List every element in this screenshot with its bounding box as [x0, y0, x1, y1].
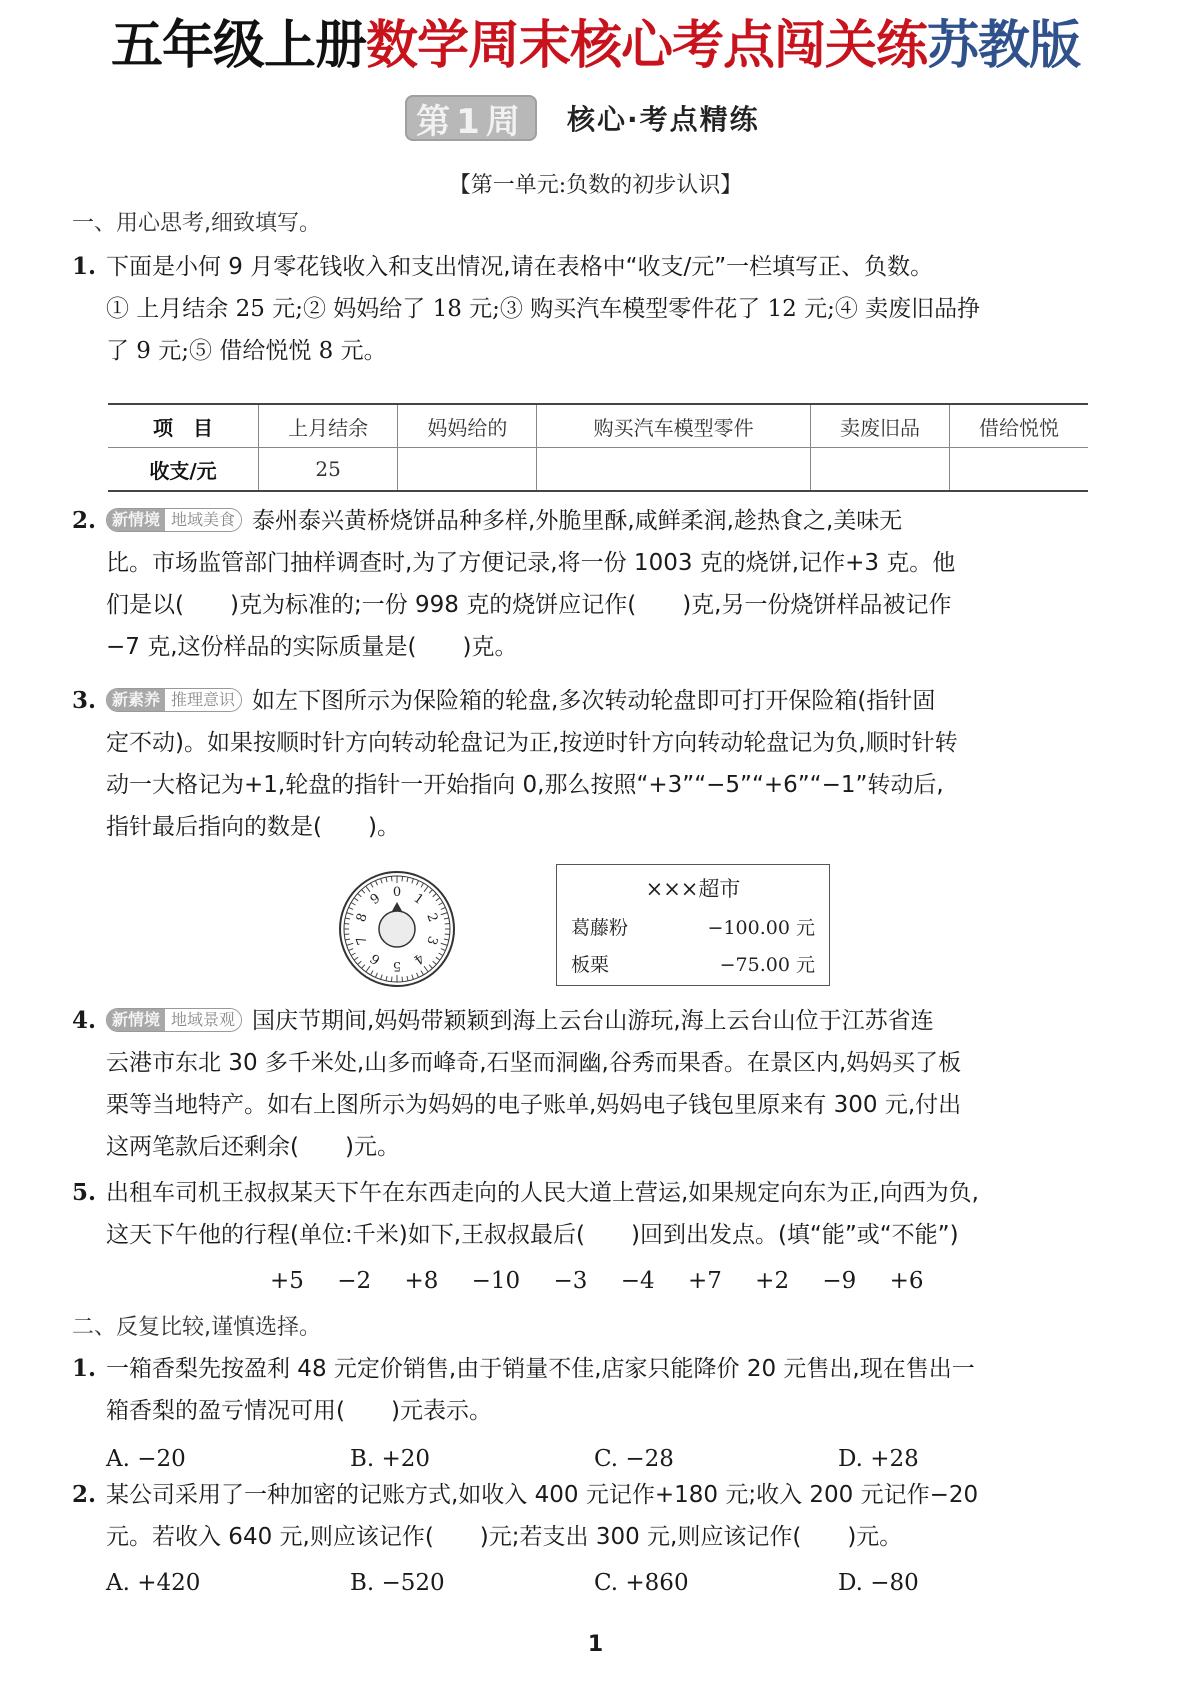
svg-text:5: 5 [393, 958, 401, 973]
question-number: 5. [72, 1172, 96, 1214]
question-text: 某公司采用了一种加密的记账方式,如收入 400 元记作+180 元;收入 200… [106, 1474, 1112, 1516]
page-banner: 五年级上册数学周末核心考点闯关练苏教版 [0, 14, 1191, 78]
tag-topic: 地域美食 [165, 509, 241, 531]
distance-value: +8 [404, 1268, 438, 1294]
question-number: 1. [72, 246, 96, 288]
question-1-3: 3. 新素养推理意识如左下图所示为保险箱的轮盘,多次转动轮盘即可打开保险箱(指针… [72, 680, 1112, 848]
question-text: 云港市东北 30 多千米处,山多而峰奇,石坚而洞幽,谷秀而果香。在景区内,妈妈买… [106, 1042, 1112, 1084]
answer-cell[interactable] [537, 448, 810, 492]
table-header-row: 项 目 上月结余 妈妈给的 购买汽车模型零件 卖废旧品 借给悦悦 [108, 404, 1088, 448]
safe-dial-icon: 0 1 2 3 4 5 6 7 8 9 [338, 870, 456, 988]
ledger-table: 项 目 上月结余 妈妈给的 购买汽车模型零件 卖废旧品 借给悦悦 收支/元 25 [108, 403, 1088, 492]
table-header: 妈妈给的 [398, 404, 537, 448]
question-text: 栗等当地特产。如右上图所示为妈妈的电子账单,妈妈电子钱包里原来有 300 元,付… [106, 1084, 1112, 1126]
banner-grade: 五年级上册 [111, 16, 366, 76]
question-text: 定不动)。如果按顺时针方向转动轮盘记为正,按逆时针方向转动轮盘记为负,顺时针转 [106, 722, 1112, 764]
option-b[interactable]: B. −520 [350, 1562, 594, 1604]
question-2-2: 2. 某公司采用了一种加密的记账方式,如收入 400 元记作+180 元;收入 … [72, 1474, 1112, 1604]
question-1-4: 4. 新情境地域景观国庆节期间,妈妈带颖颖到海上云台山游玩,海上云台山位于江苏省… [72, 1000, 1112, 1168]
distance-value: +5 [270, 1268, 304, 1294]
distance-value: −4 [621, 1268, 655, 1294]
table-cell: 25 [259, 448, 398, 492]
question-2-1: 1. 一箱香梨先按盈利 48 元定价销售,由于销量不佳,店家只能降价 20 元售… [72, 1348, 1112, 1480]
section-2-title: 二、反复比较,谨慎选择。 [72, 1310, 321, 1341]
question-tag: 新情境地域景观 [106, 1008, 242, 1032]
banner-title: 数学周末核心考点闯关练 [366, 16, 927, 76]
unit-title: 【第一单元:负数的初步认识】 [0, 168, 1191, 199]
question-text: 这天下午他的行程(单位:千米)如下,王叔叔最后( )回到出发点。(填“能”或“不… [106, 1214, 1112, 1256]
question-tag: 新素养推理意识 [106, 688, 242, 712]
week-badge: 第1周 [405, 95, 537, 141]
week-title: 核心·考点精练 [567, 98, 760, 138]
distance-value: +7 [688, 1268, 722, 1294]
option-c[interactable]: C. +860 [594, 1562, 838, 1604]
question-text: 箱香梨的盈亏情况可用( )元表示。 [106, 1390, 1112, 1432]
tag-type: 新情境 [107, 1009, 165, 1031]
option-d[interactable]: D. −80 [838, 1562, 1082, 1604]
receipt-item-amount: −75.00 元 [720, 950, 815, 977]
question-number: 4. [72, 1000, 96, 1042]
question-text: 下面是小何 9 月零花钱收入和支出情况,请在表格中“收支/元”一栏填写正、负数。 [106, 246, 1112, 288]
distance-value: −9 [822, 1268, 856, 1294]
svg-text:0: 0 [393, 885, 401, 900]
answer-cell[interactable] [398, 448, 537, 492]
distance-value: −3 [554, 1268, 588, 1294]
distance-value: −10 [472, 1268, 521, 1294]
question-number: 3. [72, 680, 96, 722]
distance-value: +6 [890, 1268, 924, 1294]
option-a[interactable]: A. +420 [106, 1562, 350, 1604]
question-text: 国庆节期间,妈妈带颖颖到海上云台山游玩,海上云台山位于江苏省连 [252, 1008, 934, 1034]
receipt-row: 葛藤粉 −100.00 元 [557, 913, 829, 940]
table-header: 借给悦悦 [950, 404, 1088, 448]
question-text: ① 上月结余 25 元;② 妈妈给了 18 元;③ 购买汽车模型零件花了 12 … [106, 288, 1112, 330]
distance-list: +5 −2 +8 −10 −3 −4 +7 +2 −9 +6 [270, 1268, 950, 1294]
option-list: A. +420 B. −520 C. +860 D. −80 [106, 1562, 1112, 1604]
distance-value: +2 [755, 1268, 789, 1294]
section-1-title: 一、用心思考,细致填写。 [72, 206, 321, 237]
question-text: 这两笔款后还剩余( )元。 [106, 1126, 1112, 1168]
page-number: 1 [0, 1632, 1191, 1657]
question-number: 2. [72, 500, 96, 542]
question-1-5: 5. 出租车司机王叔叔某天下午在东西走向的人民大道上营运,如果规定向东为正,向西… [72, 1172, 1112, 1256]
question-text: 一箱香梨先按盈利 48 元定价销售,由于销量不佳,店家只能降价 20 元售出,现… [106, 1348, 1112, 1390]
question-text: 出租车司机王叔叔某天下午在东西走向的人民大道上营运,如果规定向东为正,向西为负, [106, 1172, 1112, 1214]
question-text: 了 9 元;⑤ 借给悦悦 8 元。 [106, 330, 1112, 372]
week-header: 第1周 核心·考点精练 [405, 95, 760, 141]
question-number: 2. [72, 1474, 96, 1516]
question-text: −7 克,这份样品的实际质量是( )克。 [106, 626, 1112, 668]
tag-topic: 地域景观 [165, 1009, 241, 1031]
receipt-row: 板栗 −75.00 元 [557, 950, 829, 977]
question-text: 元。若收入 640 元,则应该记作( )元;若支出 300 元,则应该记作( )… [106, 1516, 1112, 1558]
table-row: 收支/元 25 [108, 448, 1088, 492]
tag-type: 新情境 [107, 509, 165, 531]
table-header: 项 目 [108, 404, 259, 448]
question-text: 比。市场监管部门抽样调查时,为了方便记录,将一份 1003 克的烧饼,记作+3 … [106, 542, 1112, 584]
question-1-1: 1. 下面是小何 9 月零花钱收入和支出情况,请在表格中“收支/元”一栏填写正、… [72, 246, 1112, 372]
table-header: 卖废旧品 [810, 404, 949, 448]
question-text: 泰州泰兴黄桥烧饼品种多样,外脆里酥,咸鲜柔润,趁热食之,美味无 [252, 508, 902, 534]
question-1-2: 2. 新情境地域美食泰州泰兴黄桥烧饼品种多样,外脆里酥,咸鲜柔润,趁热食之,美味… [72, 500, 1112, 668]
question-number: 1. [72, 1348, 96, 1390]
tag-type: 新素养 [107, 689, 165, 711]
question-text: 动一大格记为+1,轮盘的指针一开始指向 0,那么按照“+3”“−5”“+6”“−… [106, 764, 1112, 806]
table-header: 购买汽车模型零件 [537, 404, 810, 448]
receipt-title: ×××超市 [557, 873, 829, 903]
table-header: 上月结余 [259, 404, 398, 448]
question-text: 指针最后指向的数是( )。 [106, 806, 1112, 848]
question-text: 们是以( )克为标准的;一份 998 克的烧饼应记作( )克,另一份烧饼样品被记… [106, 584, 1112, 626]
distance-value: −2 [337, 1268, 371, 1294]
banner-edition: 苏教版 [927, 16, 1080, 76]
receipt-item-name: 葛藤粉 [571, 913, 628, 940]
answer-cell[interactable] [950, 448, 1088, 492]
receipt-item-amount: −100.00 元 [708, 913, 815, 940]
question-text: 如左下图所示为保险箱的轮盘,多次转动轮盘即可打开保险箱(指针固 [252, 688, 935, 714]
receipt-box: ×××超市 葛藤粉 −100.00 元 板栗 −75.00 元 [556, 864, 830, 986]
tag-topic: 推理意识 [165, 689, 241, 711]
question-tag: 新情境地域美食 [106, 508, 242, 532]
answer-cell[interactable] [810, 448, 949, 492]
receipt-item-name: 板栗 [571, 950, 609, 977]
table-cell: 收支/元 [108, 448, 259, 492]
